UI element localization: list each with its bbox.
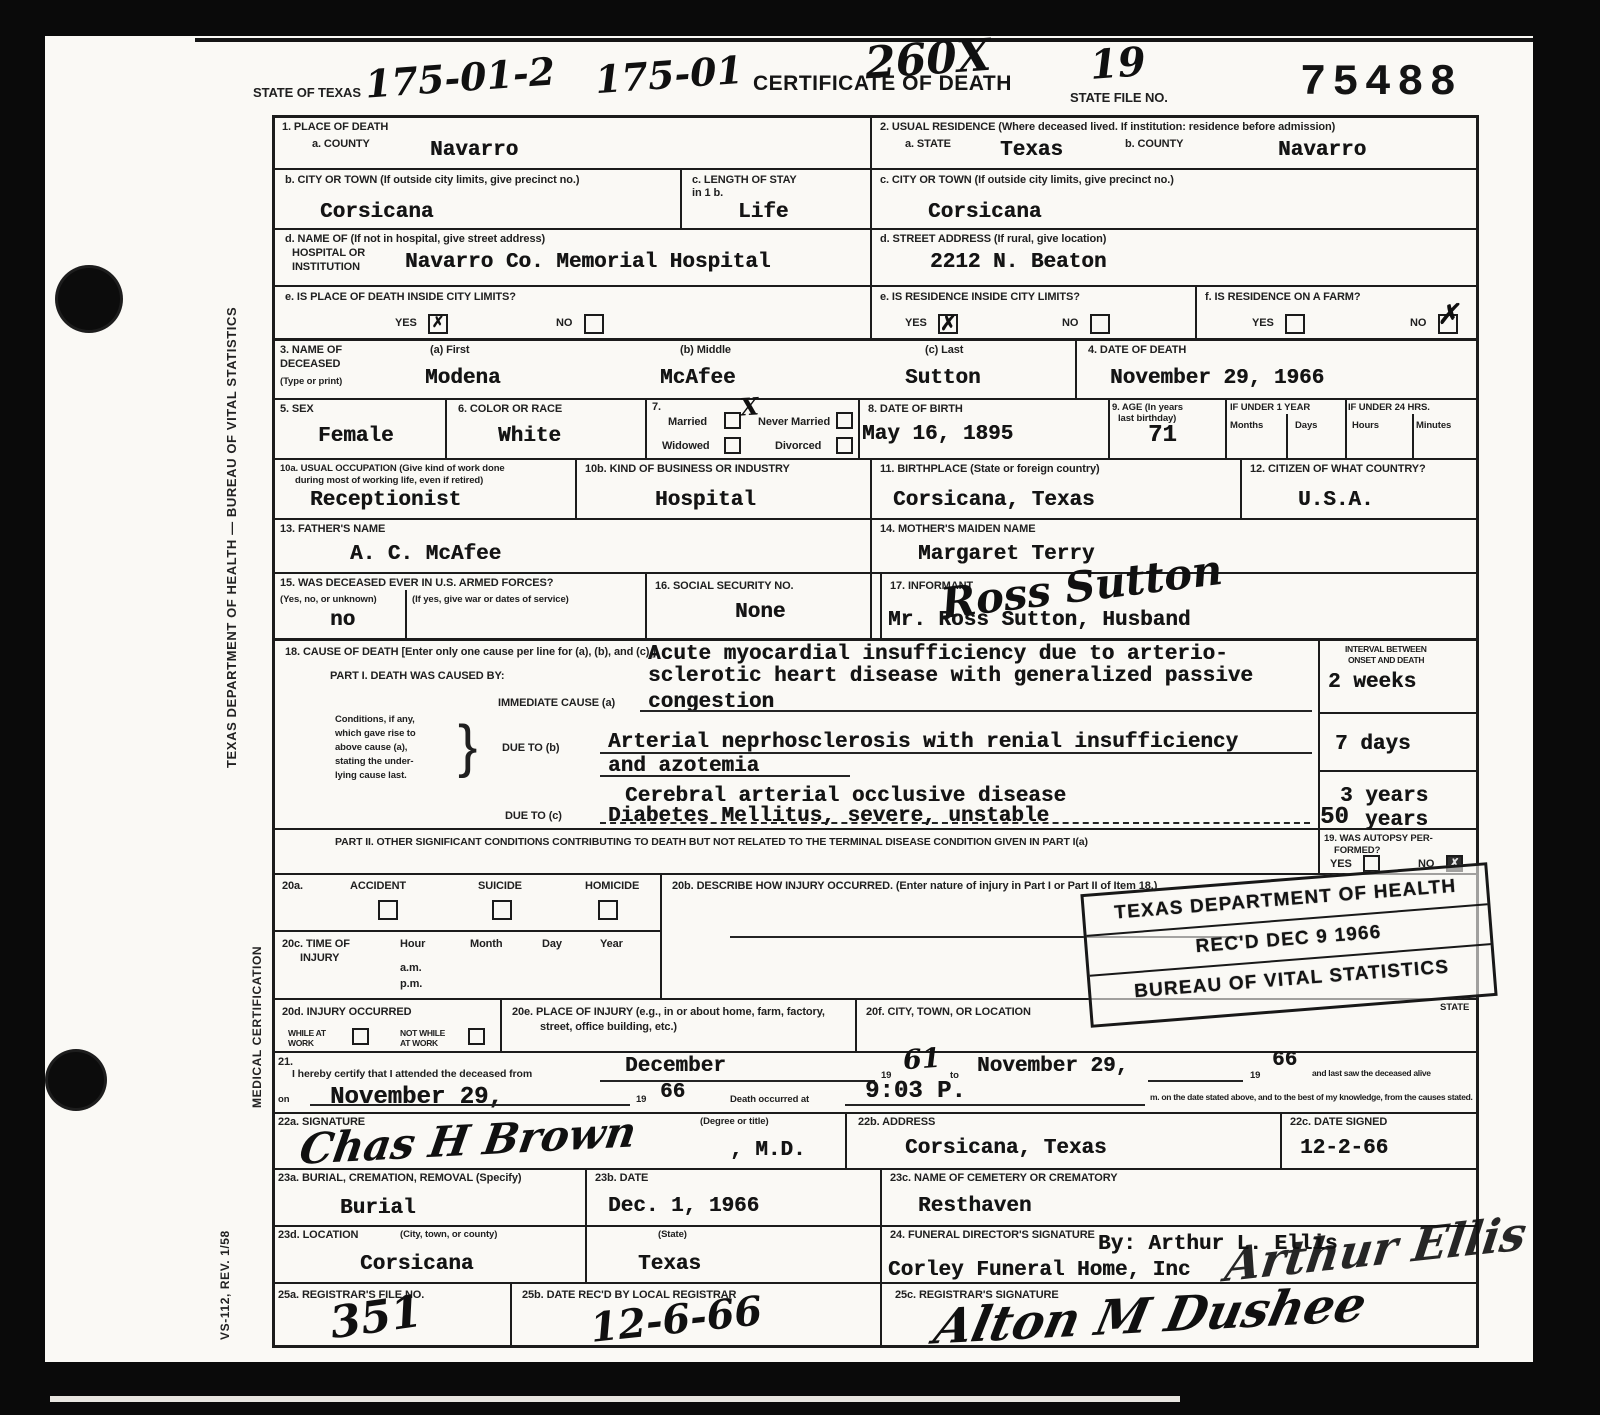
day-label: Day (542, 938, 562, 951)
date-of-death-label: 4. DATE OF DEATH (1088, 344, 1186, 357)
fathers-name-value: A. C. McAfee (350, 544, 501, 565)
certificate-title: CERTIFICATE OF DEATH (753, 72, 1012, 96)
farm-no-x-mark: ✗ (1436, 299, 1460, 330)
homicide-label: HOMICIDE (585, 880, 639, 893)
residence-farm-yes-checkbox (1285, 314, 1305, 334)
state-of-texas-label: STATE OF TEXAS (253, 85, 361, 101)
death-occurred-label: Death occurred at (730, 1094, 809, 1105)
marital-status-label: 7. (652, 401, 661, 414)
scan-artifact-strip (50, 1396, 1180, 1402)
certify-text-1: I hereby certify that I attended the dec… (292, 1068, 532, 1081)
grid-line (680, 168, 682, 228)
length-of-stay-label: c. LENGTH OF STAY (692, 174, 797, 187)
conditions-label-5: lying cause last. (335, 770, 407, 781)
homicide-checkbox (598, 900, 618, 920)
residence-county-label: b. COUNTY (1125, 138, 1183, 151)
grid-line (272, 1225, 1478, 1227)
autopsy-label-1: 19. WAS AUTOPSY PER- (1324, 833, 1433, 844)
grid-line (645, 572, 647, 638)
grid-line (1318, 712, 1478, 714)
hospital-name-label-2: HOSPITAL OR (292, 247, 365, 260)
grid-line (272, 285, 1478, 287)
married-x-mark: X (739, 391, 760, 421)
mothers-maiden-name-value: Margaret Terry (918, 544, 1094, 565)
grid-line (1318, 770, 1478, 772)
autopsy-yes-checkbox (1363, 855, 1380, 872)
margin-department-text: TEXAS DEPARTMENT OF HEALTH — BUREAU OF V… (224, 307, 239, 768)
residence-farm-label: f. IS RESIDENCE ON A FARM? (1205, 291, 1360, 304)
social-security-label: 16. SOCIAL SECURITY NO. (655, 580, 794, 593)
cause-b-line1: Arterial neprhosclerosis with renial ins… (608, 732, 1238, 753)
grid-line (855, 998, 857, 1051)
item-20a-label: 20a. (282, 880, 303, 893)
grid-line (272, 398, 1478, 400)
time-of-injury-label: 20c. TIME OF (282, 938, 350, 951)
hospital-value: Navarro Co. Memorial Hospital (405, 252, 770, 273)
state-fragment-label: STATE (1440, 1002, 1469, 1013)
grid-line (660, 873, 662, 998)
grid-line (272, 458, 1478, 460)
location-city-sublabel: (City, town, or county) (400, 1229, 497, 1240)
if-under-1-year-label: IF UNDER 1 YEAR (1230, 402, 1310, 413)
length-of-stay-value: Life (738, 202, 788, 223)
county-value: Navarro (430, 140, 518, 161)
residence-state-label: a. STATE (905, 138, 951, 151)
residence-city-limits-yes-checkbox: ✗ (938, 314, 958, 334)
on-label: on (278, 1094, 289, 1105)
first-name-value: Modena (425, 368, 501, 389)
not-while-at-work-checkbox (468, 1028, 485, 1045)
death-city-limits-yes-checkbox: ✗ (428, 314, 448, 334)
margin-form-number: VS-112, REV. 1/58 (218, 1230, 232, 1340)
grid-line (405, 590, 407, 638)
location-state-sublabel: (State) (658, 1229, 687, 1240)
hospital-name-label-3: INSTITUTION (292, 261, 360, 274)
residence-city-limits-no-checkbox (1090, 314, 1110, 334)
date-of-birth-value: May 16, 1895 (862, 424, 1013, 445)
name-of-deceased-label: 3. NAME OF (280, 344, 342, 357)
race-value: White (498, 426, 561, 447)
grid-line (510, 1282, 512, 1345)
grid-line (1240, 458, 1242, 518)
date-of-birth-label: 8. DATE OF BIRTH (868, 403, 963, 416)
grid-line (1345, 398, 1347, 458)
mothers-maiden-name-label: 14. MOTHER'S MAIDEN NAME (880, 523, 1035, 536)
grid-line (870, 115, 872, 338)
grid-line (880, 1168, 882, 1345)
residence-city-limits-label: e. IS RESIDENCE INSIDE CITY LIMITS? (880, 291, 1080, 304)
grid-line (272, 168, 1478, 170)
location-label: 23d. LOCATION (278, 1229, 358, 1242)
middle-name-value: McAfee (660, 368, 736, 389)
am-label: a.m. (400, 962, 422, 975)
describe-injury-label: 20b. DESCRIBE HOW INJURY OCCURRED. (Ente… (672, 880, 1157, 893)
informant-value: Mr. Ross Sutton, Husband (888, 610, 1190, 631)
interval-c-unit: years (1365, 810, 1428, 831)
cause-a-line2: sclerotic heart disease with generalized… (648, 666, 1253, 687)
last-name-label: (c) Last (925, 344, 963, 357)
grid-line (272, 338, 1478, 341)
grid-line (575, 458, 577, 518)
interval-header-1: INTERVAL BETWEEN (1345, 644, 1427, 654)
city-or-town-label: b. CITY OR TOWN (If outside city limits,… (285, 174, 579, 187)
funeral-home-value: Corley Funeral Home, Inc (888, 1260, 1190, 1281)
yes-label: YES (395, 317, 417, 330)
part2-label: PART II. OTHER SIGNIFICANT CONDITIONS CO… (335, 836, 1088, 849)
grid-line (645, 398, 647, 458)
last-name-value: Sutton (905, 368, 981, 389)
suicide-checkbox (492, 900, 512, 920)
grid-line (845, 1112, 847, 1168)
certify-text-2: and last saw the deceased alive (1312, 1068, 1431, 1078)
minutes-label: Minutes (1416, 420, 1451, 431)
hole-punch-bottom (48, 1052, 104, 1108)
grid-line (1280, 1112, 1282, 1168)
date-signed-label: 22c. DATE SIGNED (1290, 1116, 1387, 1129)
burial-date-value: Dec. 1, 1966 (608, 1196, 759, 1217)
age-value: 71 (1148, 424, 1177, 448)
grid-line (1318, 638, 1320, 873)
yes-label: YES (905, 317, 927, 330)
cemetery-value: Resthaven (918, 1196, 1031, 1217)
grid-line (1075, 338, 1077, 398)
never-married-checkbox (836, 412, 853, 429)
grid-line (272, 930, 662, 932)
grid-line (272, 873, 1478, 875)
fathers-name-label: 13. FATHER'S NAME (280, 523, 385, 536)
cause-b-line2: and azotemia (608, 756, 759, 777)
grid-line (272, 828, 1478, 830)
form-border-left (272, 115, 275, 1348)
year-label: Year (600, 938, 623, 951)
yes-label: YES (1330, 858, 1352, 871)
residence-county-value: Navarro (1278, 140, 1366, 161)
usual-occupation-label: 10a. USUAL OCCUPATION (Give kind of work… (280, 463, 505, 474)
form-border-bottom (272, 1345, 1478, 1348)
yes-label: YES (1252, 317, 1274, 330)
year-prefix: 19 (636, 1094, 646, 1105)
burial-value: Burial (340, 1198, 416, 1219)
never-married-label: Never Married (758, 416, 830, 429)
grid-line (1412, 414, 1414, 458)
item-21-label: 21. (278, 1056, 293, 1069)
grid-line (1108, 398, 1110, 458)
married-label: Married (668, 416, 707, 429)
usual-residence-label: 2. USUAL RESIDENCE (Where deceased lived… (880, 121, 1335, 134)
grid-line (1286, 414, 1288, 458)
hours-label: Hours (1352, 420, 1379, 431)
birthplace-label: 11. BIRTHPLACE (State or foreign country… (880, 463, 1100, 476)
residence-state-value: Texas (1000, 140, 1063, 161)
time-of-death-value: 9:03 P. (865, 1080, 966, 1104)
month-label: Month (470, 938, 502, 951)
last-seen-date-value: November 29, (330, 1086, 503, 1110)
attended-to-value: November 29, (977, 1056, 1128, 1077)
grid-line (445, 398, 447, 458)
street-address-value: 2212 N. Beaton (930, 252, 1106, 273)
death-city-limits-no-checkbox (584, 314, 604, 334)
grid-line (272, 228, 1478, 230)
form-border-right (1476, 115, 1479, 1348)
burial-date-label: 23b. DATE (595, 1172, 648, 1185)
widowed-checkbox (724, 437, 741, 454)
type-or-print-label: (Type or print) (280, 376, 342, 387)
interval-a-value: 2 weeks (1328, 672, 1416, 693)
place-of-death-label: 1. PLACE OF DEATH (282, 121, 388, 134)
conditions-label-1: Conditions, if any, (335, 714, 415, 725)
while-at-work-checkbox (352, 1028, 369, 1045)
blank-line (1148, 1080, 1243, 1082)
location-city-value: Corsicana (360, 1254, 473, 1275)
suicide-label: SUICIDE (478, 880, 522, 893)
no-label: NO (1062, 317, 1078, 330)
middle-name-label: (b) Middle (680, 344, 731, 357)
physician-address-value: Corsicana, Texas (905, 1138, 1107, 1159)
place-of-injury-label: 20e. PLACE OF INJURY (e.g., in or about … (512, 1006, 825, 1019)
hospital-name-label: d. NAME OF (If not in hospital, give str… (285, 233, 545, 246)
social-security-value: None (735, 602, 785, 623)
death-certificate-scan: TEXAS DEPARTMENT OF HEALTH — BUREAU OF V… (0, 0, 1600, 1415)
attended-from-value: December (625, 1056, 726, 1077)
citizen-value: U.S.A. (1298, 490, 1374, 511)
conditions-brace: } (458, 712, 477, 782)
no-label: NO (556, 317, 572, 330)
physician-address-label: 22b. ADDRESS (858, 1116, 935, 1129)
place-of-injury-label-2: street, office building, etc.) (540, 1021, 677, 1034)
first-name-label: (a) First (430, 344, 469, 357)
occupation-value: Receptionist (310, 490, 461, 511)
city-value: Corsicana (320, 202, 433, 223)
armed-forces-label: 15. WAS DECEASED EVER IN U.S. ARMED FORC… (280, 577, 553, 590)
no-label: NO (1410, 317, 1426, 330)
divorced-label: Divorced (775, 440, 821, 453)
not-while-at-work-label-2: AT WORK (400, 1038, 438, 1048)
date-signed-value: 12-2-66 (1300, 1138, 1388, 1159)
due-to-c-label: DUE TO (c) (505, 810, 562, 823)
married-checkbox (724, 412, 741, 429)
length-of-stay-label-2: in 1 b. (692, 187, 723, 200)
divorced-checkbox (836, 437, 853, 454)
birthplace-value: Corsicana, Texas (893, 490, 1095, 511)
grid-line (1225, 398, 1227, 458)
business-value: Hospital (655, 490, 756, 511)
sex-label: 5. SEX (280, 403, 314, 416)
interval-other-value: 3 years (1340, 786, 1428, 807)
city-town-location-label: 20f. CITY, TOWN, OR LOCATION (866, 1006, 1031, 1019)
degree-value: , M.D. (730, 1140, 806, 1161)
certificate-page (45, 36, 1533, 1362)
hole-punch-top (58, 268, 120, 330)
kind-of-business-label: 10b. KIND OF BUSINESS OR INDUSTRY (585, 463, 790, 476)
death-city-limits-label: e. IS PLACE OF DEATH INSIDE CITY LIMITS? (285, 291, 516, 304)
county-label: a. COUNTY (312, 138, 370, 151)
year-prefix: 19 (1250, 1070, 1260, 1081)
margin-medical-certification-text: MEDICAL CERTIFICATION (250, 946, 264, 1108)
grid-line (272, 1112, 1478, 1114)
handwritten-note-2: 19 (1088, 38, 1147, 89)
grid-line (272, 518, 1478, 520)
year-66-value-2: 66 (660, 1082, 685, 1103)
interval-c-number: 50 (1320, 806, 1349, 830)
not-while-at-work-label: NOT WHILE (400, 1028, 445, 1038)
name-of-deceased-label-2: DECEASED (280, 358, 340, 371)
location-state-value: Texas (638, 1254, 701, 1275)
cause-a-line1: Acute myocardial insufficiency due to ar… (648, 644, 1228, 665)
year-66-value: 66 (1272, 1050, 1297, 1071)
grid-line (870, 458, 872, 638)
residence-city-value: Corsicana (928, 202, 1041, 223)
hour-label: Hour (400, 938, 425, 951)
conditions-label-3: above cause (a), (335, 742, 407, 753)
cause-c-dashed-underline (600, 822, 1310, 824)
grid-line (500, 998, 502, 1051)
date-of-death-value: November 29, 1966 (1110, 368, 1324, 389)
color-or-race-label: 6. COLOR OR RACE (458, 403, 562, 416)
year-61-handwritten: 61 (902, 1043, 942, 1077)
grid-line (585, 1168, 587, 1282)
age-label: 9. AGE (In years (1112, 402, 1183, 413)
citizen-label: 12. CITIZEN OF WHAT COUNTRY? (1250, 463, 1426, 476)
due-to-b-label: DUE TO (b) (502, 742, 559, 755)
armed-forces-sub2: (If yes, give war or dates of service) (412, 594, 569, 605)
certify-text-3: m. on the date stated above, and to the … (1150, 1092, 1473, 1102)
state-file-no-label: STATE FILE NO. (1070, 90, 1168, 106)
days-label: Days (1295, 420, 1317, 431)
injury-occurred-label: 20d. INJURY OCCURRED (282, 1006, 411, 1019)
conditions-label-4: stating the under- (335, 756, 413, 767)
blank-line (310, 1104, 630, 1106)
cause-of-death-label: 18. CAUSE OF DEATH [Enter only one cause… (285, 646, 656, 659)
usual-occupation-label-2: during most of working life, even if ret… (295, 475, 483, 486)
part1-label: PART I. DEATH WAS CAUSED BY: (330, 670, 504, 683)
grid-line (272, 572, 1478, 574)
grid-line (858, 398, 860, 458)
grid-line (272, 638, 1478, 641)
interval-header-2: ONSET AND DEATH (1348, 655, 1424, 665)
pm-label: p.m. (400, 978, 422, 991)
state-file-number: 75488 (1300, 58, 1462, 108)
if-under-24-hrs-label: IF UNDER 24 HRS. (1348, 402, 1430, 413)
sex-value: Female (318, 426, 394, 447)
grid-line (880, 572, 882, 638)
accident-label: ACCIDENT (350, 880, 406, 893)
burial-cremation-label: 23a. BURIAL, CREMATION, REMOVAL (Specify… (278, 1172, 521, 1185)
interval-b-value: 7 days (1335, 734, 1411, 755)
grid-line (272, 1168, 1478, 1170)
while-at-work-label: WHILE AT (288, 1028, 326, 1038)
cause-b-underline (600, 752, 1312, 754)
immediate-cause-label: IMMEDIATE CAUSE (a) (498, 697, 615, 710)
conditions-label-2: which gave rise to (335, 728, 416, 739)
street-address-label: d. STREET ADDRESS (If rural, give locati… (880, 233, 1106, 246)
residence-city-label: c. CITY OR TOWN (If outside city limits,… (880, 174, 1174, 187)
months-label: Months (1230, 420, 1263, 431)
blank-line (600, 1080, 875, 1082)
form-border-top (272, 115, 1478, 118)
blank-line (845, 1104, 1145, 1106)
armed-forces-sub1: (Yes, no, or unknown) (280, 594, 377, 605)
degree-or-title-label: (Degree or title) (700, 1116, 769, 1127)
cause-other-line: Cerebral arterial occlusive disease (625, 786, 1066, 807)
funeral-director-label: 24. FUNERAL DIRECTOR'S SIGNATURE (890, 1229, 1095, 1242)
armed-forces-value: no (330, 610, 355, 631)
cemetery-label: 23c. NAME OF CEMETERY OR CREMATORY (890, 1172, 1117, 1185)
cause-a-underline (640, 710, 1312, 712)
cause-b2-underline (600, 775, 850, 777)
accident-checkbox (378, 900, 398, 920)
time-of-injury-label-2: INJURY (300, 952, 339, 965)
widowed-label: Widowed (662, 440, 709, 453)
while-at-work-label-2: WORK (288, 1038, 314, 1048)
grid-line (1195, 285, 1197, 338)
